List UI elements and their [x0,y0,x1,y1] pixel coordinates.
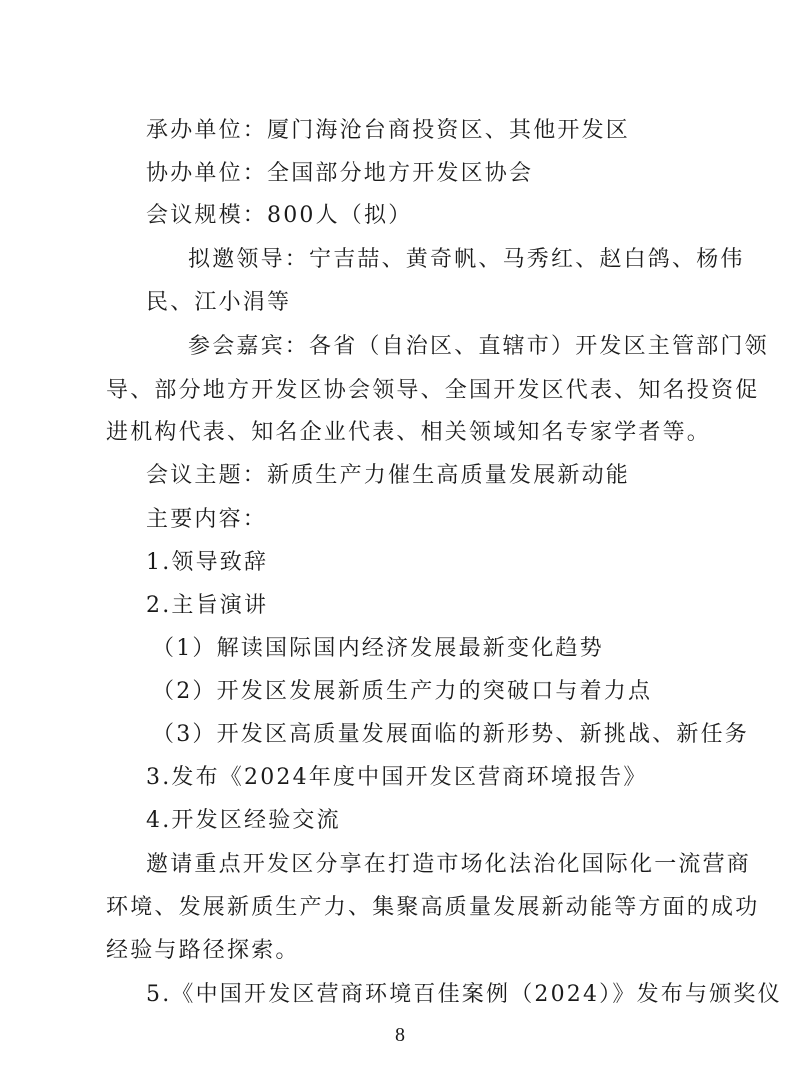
organizer-line: 承办单位：厦门海沧台商投资区、其他开发区 [146,116,706,146]
invited-leaders-cont: 民、江小涓等 [146,288,706,318]
co-organizer-line: 协办单位：全国部分地方开发区协会 [146,159,706,189]
item-3: 3.发布《2024年度中国开发区营商环境报告》 [146,763,706,793]
theme-line: 会议主题：新质生产力催生高质量发展新动能 [146,461,706,491]
page-number: 8 [0,1024,800,1047]
item-2-sub-3: （3）开发区高质量发展面临的新形势、新挑战、新任务 [152,720,712,750]
item-4-desc: 邀请重点开发区分享在打造市场化法治化国际化一流营商 [146,850,706,880]
document-page: 承办单位：厦门海沧台商投资区、其他开发区 协办单位：全国部分地方开发区协会 会议… [0,0,800,1067]
item-4-desc-cont-2: 经验与路径探索。 [106,936,666,966]
guests-line: 参会嘉宾：各省（自治区、直辖市）开发区主管部门领 [188,332,748,362]
scale-line: 会议规模：800人（拟） [146,201,706,231]
item-2: 2.主旨演讲 [146,591,706,621]
item-2-sub-1: （1）解读国际国内经济发展最新变化趋势 [152,634,712,664]
item-4-desc-cont-1: 环境、发展新质生产力、集聚高质量发展新动能等方面的成功 [106,893,706,923]
item-2-sub-2: （2）开发区发展新质生产力的突破口与着力点 [152,677,712,707]
item-5: 5.《中国开发区营商环境百佳案例（2024）》发布与颁奖仪 [146,980,706,1010]
item-1: 1.领导致辞 [146,548,706,578]
item-4: 4.开发区经验交流 [146,806,706,836]
guests-cont-2: 进机构代表、知名企业代表、相关领域知名专家学者等。 [106,418,666,448]
invited-leaders-line: 拟邀领导：宁吉喆、黄奇帆、马秀红、赵白鸽、杨伟 [188,245,748,275]
main-content-heading: 主要内容： [146,505,706,535]
guests-cont-1: 导、部分地方开发区协会领导、全国开发区代表、知名投资促 [106,376,706,406]
